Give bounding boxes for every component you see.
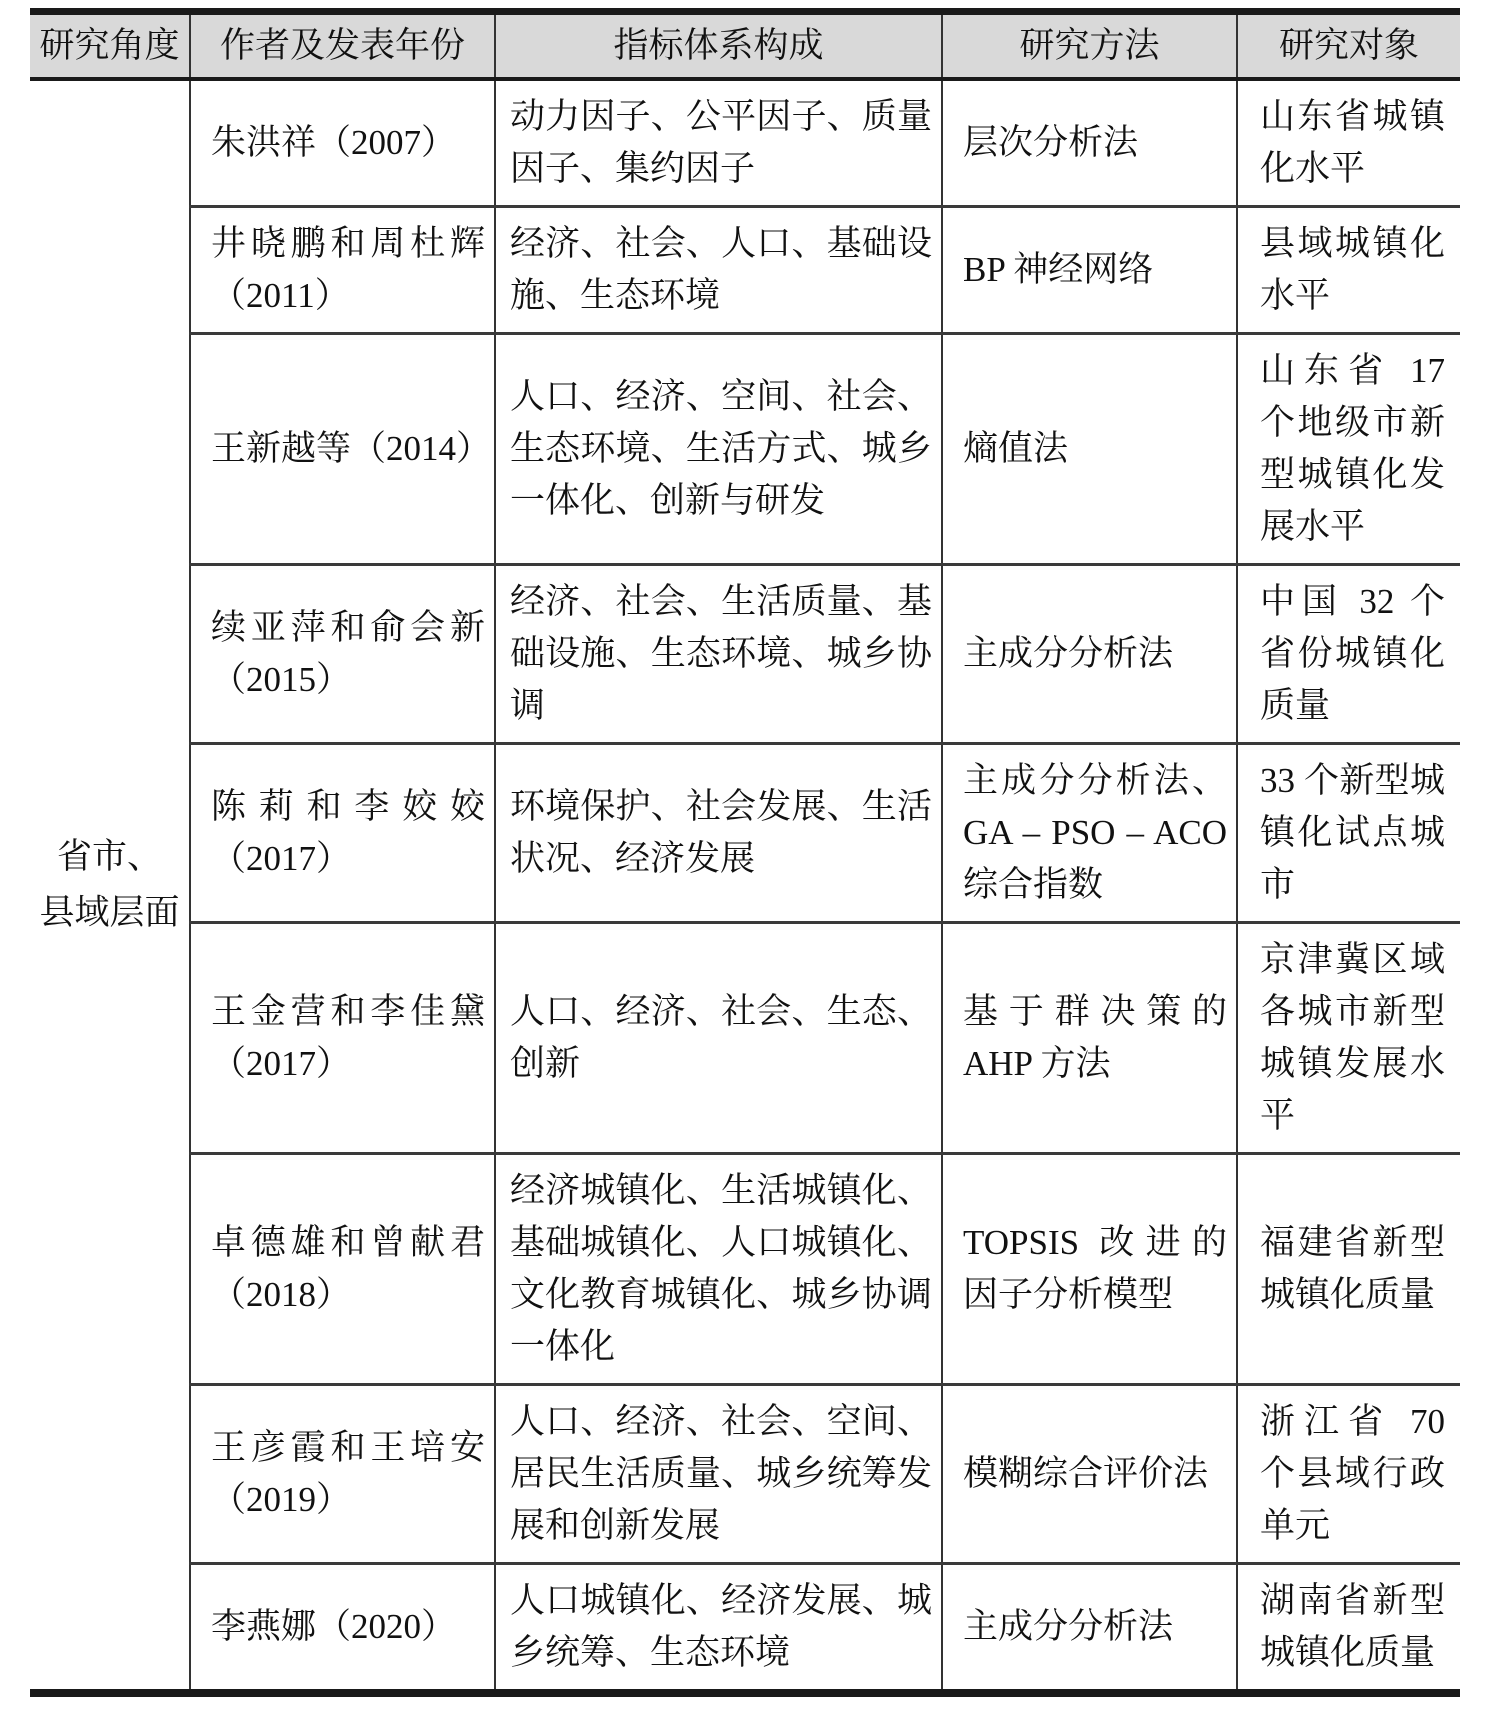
object-cell: 福建省新型城镇化质量 xyxy=(1237,1153,1460,1384)
header-row: 研究角度 作者及发表年份 指标体系构成 研究方法 研究对象 xyxy=(30,12,1460,79)
object-cell: 中国 32 个省份城镇化质量 xyxy=(1237,564,1460,743)
angle-group-line1: 省市、 xyxy=(34,829,185,885)
object-cell: 33 个新型城镇化试点城市 xyxy=(1237,743,1460,922)
angle-group-line2: 县域层面 xyxy=(34,885,185,941)
object-cell: 山东省 17 个地级市新型城镇化发展水平 xyxy=(1237,333,1460,564)
column-header-author: 作者及发表年份 xyxy=(190,12,495,79)
author-cell: 王新越等（2014） xyxy=(190,333,495,564)
indicators-cell: 经济、社会、人口、基础设施、生态环境 xyxy=(495,206,942,333)
table-row: 王新越等（2014） 人口、经济、空间、社会、生态环境、生活方式、城乡一体化、创… xyxy=(30,333,1460,564)
author-cell: 王金营和李佳黛（2017） xyxy=(190,922,495,1153)
object-cell: 山东省城镇化水平 xyxy=(1237,79,1460,207)
author-cell: 李燕娜（2020） xyxy=(190,1563,495,1693)
author-cell: 朱洪祥（2007） xyxy=(190,79,495,207)
object-cell: 浙江省 70 个县域行政单元 xyxy=(1237,1384,1460,1563)
indicators-cell: 经济城镇化、生活城镇化、基础城镇化、人口城镇化、文化教育城镇化、城乡协调一体化 xyxy=(495,1153,942,1384)
indicators-cell: 人口、经济、社会、空间、居民生活质量、城乡统筹发展和创新发展 xyxy=(495,1384,942,1563)
column-header-indicators: 指标体系构成 xyxy=(495,12,942,79)
scanned-page: 研究角度 作者及发表年份 指标体系构成 研究方法 研究对象 省市、 县域层面 朱… xyxy=(30,8,1460,1697)
method-cell: 基于群决策的 AHP 方法 xyxy=(942,922,1237,1153)
table-row: 李燕娜（2020） 人口城镇化、经济发展、城乡统筹、生态环境 主成分分析法 湖南… xyxy=(30,1563,1460,1693)
author-cell: 续亚萍和俞会新（2015） xyxy=(190,564,495,743)
method-cell: 主成分分析法、GA – PSO – ACO 综合指数 xyxy=(942,743,1237,922)
table-row: 王彦霞和王培安（2019） 人口、经济、社会、空间、居民生活质量、城乡统筹发展和… xyxy=(30,1384,1460,1563)
author-cell: 陈莉和李姣姣（2017） xyxy=(190,743,495,922)
column-header-angle: 研究角度 xyxy=(30,12,190,79)
angle-group-cell: 省市、 县域层面 xyxy=(30,79,190,1693)
method-cell: 主成分分析法 xyxy=(942,564,1237,743)
method-cell: 熵值法 xyxy=(942,333,1237,564)
method-cell: 主成分分析法 xyxy=(942,1563,1237,1693)
table-row: 王金营和李佳黛（2017） 人口、经济、社会、生态、创新 基于群决策的 AHP … xyxy=(30,922,1460,1153)
literature-review-table: 研究角度 作者及发表年份 指标体系构成 研究方法 研究对象 省市、 县域层面 朱… xyxy=(30,8,1460,1697)
table-row: 井晓鹏和周杜辉（2011） 经济、社会、人口、基础设施、生态环境 BP 神经网络… xyxy=(30,206,1460,333)
object-cell: 湖南省新型城镇化质量 xyxy=(1237,1563,1460,1693)
author-cell: 卓德雄和曾献君（2018） xyxy=(190,1153,495,1384)
author-cell: 井晓鹏和周杜辉（2011） xyxy=(190,206,495,333)
object-cell: 京津冀区域各城市新型城镇发展水平 xyxy=(1237,922,1460,1153)
indicators-cell: 动力因子、公平因子、质量因子、集约因子 xyxy=(495,79,942,207)
object-cell: 县域城镇化水平 xyxy=(1237,206,1460,333)
table-row: 陈莉和李姣姣（2017） 环境保护、社会发展、生活状况、经济发展 主成分分析法、… xyxy=(30,743,1460,922)
method-cell: 层次分析法 xyxy=(942,79,1237,207)
method-cell: 模糊综合评价法 xyxy=(942,1384,1237,1563)
table-row: 卓德雄和曾献君（2018） 经济城镇化、生活城镇化、基础城镇化、人口城镇化、文化… xyxy=(30,1153,1460,1384)
indicators-cell: 人口、经济、社会、生态、创新 xyxy=(495,922,942,1153)
table-header: 研究角度 作者及发表年份 指标体系构成 研究方法 研究对象 xyxy=(30,12,1460,79)
indicators-cell: 人口、经济、空间、社会、生态环境、生活方式、城乡一体化、创新与研发 xyxy=(495,333,942,564)
table-row: 省市、 县域层面 朱洪祥（2007） 动力因子、公平因子、质量因子、集约因子 层… xyxy=(30,79,1460,207)
table-row: 续亚萍和俞会新（2015） 经济、社会、生活质量、基础设施、生态环境、城乡协调 … xyxy=(30,564,1460,743)
method-cell: BP 神经网络 xyxy=(942,206,1237,333)
indicators-cell: 环境保护、社会发展、生活状况、经济发展 xyxy=(495,743,942,922)
column-header-object: 研究对象 xyxy=(1237,12,1460,79)
column-header-method: 研究方法 xyxy=(942,12,1237,79)
indicators-cell: 人口城镇化、经济发展、城乡统筹、生态环境 xyxy=(495,1563,942,1693)
table-body: 省市、 县域层面 朱洪祥（2007） 动力因子、公平因子、质量因子、集约因子 层… xyxy=(30,79,1460,1693)
method-cell: TOPSIS 改进的因子分析模型 xyxy=(942,1153,1237,1384)
indicators-cell: 经济、社会、生活质量、基础设施、生态环境、城乡协调 xyxy=(495,564,942,743)
author-cell: 王彦霞和王培安（2019） xyxy=(190,1384,495,1563)
